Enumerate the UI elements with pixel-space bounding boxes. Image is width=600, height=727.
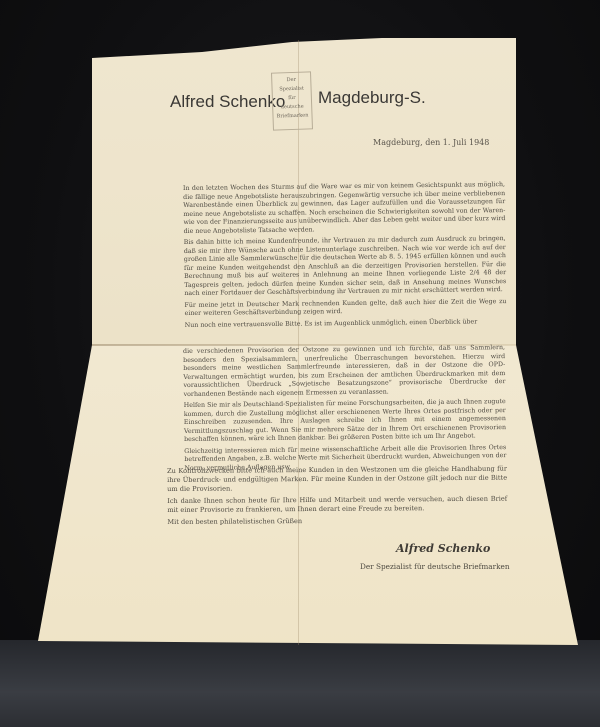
letterhead-emblem: Der Spezialist für deutsche Briefmarken bbox=[271, 71, 313, 130]
vertical-fold-line bbox=[298, 40, 299, 645]
letterhead-firm-name: Alfred Schenko bbox=[170, 92, 285, 112]
paragraph: die verschiedenen Provisorien der Ostzon… bbox=[183, 344, 506, 399]
letter-body-middle: die verschiedenen Provisorien der Ostzon… bbox=[183, 344, 507, 476]
emblem-line: Briefmarken bbox=[273, 111, 311, 121]
signature-name: Alfred Schenko bbox=[396, 542, 490, 555]
paragraph: Helfen Sie mir als Deutschland-Spezialis… bbox=[184, 398, 506, 444]
paragraph: Bis dahin bitte ich meine Kundenfreunde,… bbox=[184, 235, 507, 298]
letterhead-city: Magdeburg-S. bbox=[318, 88, 426, 108]
paragraph: Ich danke Ihnen schon heute für Ihre Hil… bbox=[167, 495, 507, 515]
closing: Mit den besten philatelistischen Grüßen bbox=[167, 516, 507, 527]
paragraph: Nun noch eine vertrauensvolle Bitte. Es … bbox=[185, 318, 507, 330]
signature-title: Der Spezialist für deutsche Briefmarken bbox=[360, 562, 510, 571]
paragraph: In den letzten Wochen des Sturms auf die… bbox=[183, 181, 506, 236]
letter-body-bottom: Zu Kontrollzwecken bitte ich auch meine … bbox=[167, 465, 507, 530]
paragraph: Zu Kontrollzwecken bitte ich auch meine … bbox=[167, 465, 507, 494]
letter-body-top: In den letzten Wochen des Sturms auf die… bbox=[183, 181, 507, 333]
table-surface bbox=[0, 640, 600, 727]
paragraph: Für meine jetzt in Deutscher Mark rechne… bbox=[184, 298, 506, 319]
date-line: Magdeburg, den 1. Juli 1948 bbox=[373, 138, 489, 147]
